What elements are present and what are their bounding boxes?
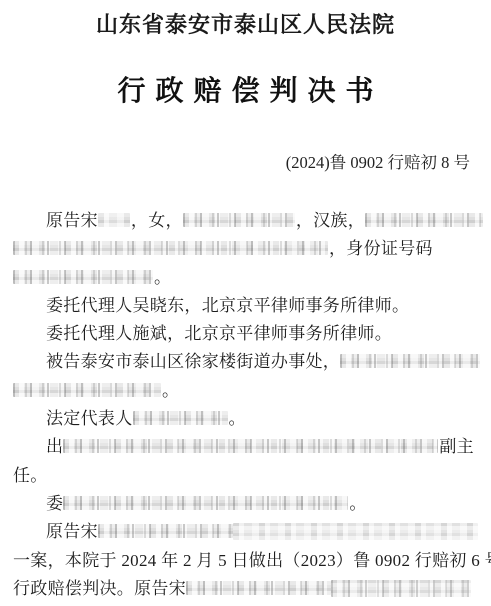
- body-text-segment: 出: [46, 437, 63, 456]
- redacted-text: [98, 213, 130, 227]
- body-line: 一案，本院于 2024 年 2 月 5 日做出（2023）鲁 0902 行赔初 …: [13, 547, 478, 575]
- body-text-segment: 。: [349, 494, 366, 513]
- body-text-segment: 行政赔偿判决。原告宋: [13, 579, 186, 598]
- body-text-segment: 任。: [13, 466, 48, 485]
- redacted-text: [186, 581, 331, 595]
- body-line: 任。: [13, 462, 478, 490]
- body-text-segment: 委: [46, 494, 63, 513]
- document-page: 山东省泰安市泰山区人民法院 行政赔偿判决书 (2024)鲁 0902 行赔初 8…: [0, 0, 491, 606]
- body-text-segment: 。: [229, 409, 246, 428]
- document-title: 行政赔偿判决书: [117, 76, 383, 107]
- body-line: 出副主: [13, 433, 478, 461]
- body-line: 委托代理人施斌，北京京平律师事务所律师。: [13, 320, 478, 348]
- body-text-segment: 一案，本院于 2024 年 2 月 5 日做出（2023）鲁 0902 行赔初 …: [13, 551, 491, 570]
- body-text-segment: 副主: [439, 437, 474, 456]
- redacted-text: [233, 523, 478, 540]
- body-line: 。: [13, 264, 478, 292]
- body-text-segment: 。: [162, 381, 179, 400]
- body-line: 。: [13, 377, 478, 405]
- body-line: 法定代表人。: [13, 405, 478, 433]
- body-text-segment: 原告宋: [46, 522, 98, 541]
- redacted-text: [13, 383, 161, 397]
- body-line: 原告宋，女，，汉族，: [13, 207, 478, 235]
- body-line: 原告宋: [13, 518, 478, 546]
- redacted-text: [331, 580, 471, 597]
- redacted-text: [98, 524, 233, 538]
- redacted-text: [13, 270, 153, 284]
- redacted-text: [63, 496, 348, 510]
- redacted-text: [63, 439, 438, 453]
- redacted-text: [13, 241, 328, 255]
- body-text-segment: ，身份证号码: [329, 239, 433, 258]
- body-line: 行政赔偿判决。原告宋: [13, 575, 478, 603]
- body-text-segment: ，女，: [131, 211, 183, 230]
- body-line: 被告泰安市泰山区徐家楼街道办事处，: [13, 348, 478, 376]
- document-body: 原告宋，女，，汉族，，身份证号码。委托代理人吴晓东，北京京平律师事务所律师。委托…: [0, 207, 491, 603]
- body-text-segment: 委托代理人施斌，北京京平律师事务所律师。: [46, 324, 392, 343]
- body-line: 委。: [13, 490, 478, 518]
- body-line: ，身份证号码: [13, 235, 478, 263]
- body-text-segment: ，汉族，: [296, 211, 365, 230]
- redacted-text: [183, 213, 295, 227]
- redacted-text: [365, 213, 483, 227]
- redacted-text: [340, 354, 480, 368]
- body-text-segment: 委托代理人吴晓东，北京京平律师事务所律师。: [46, 296, 409, 315]
- body-text-segment: 原告宋: [46, 211, 98, 230]
- body-text-segment: 被告泰安市泰山区徐家楼街道办事处，: [46, 352, 340, 371]
- document-title-row: 行政赔偿判决书: [0, 69, 491, 109]
- court-name-heading: 山东省泰安市泰山区人民法院: [0, 8, 491, 39]
- case-number: (2024)鲁 0902 行赔初 8 号: [0, 149, 491, 173]
- redacted-text: [133, 411, 228, 425]
- body-text-segment: 法定代表人: [46, 409, 133, 428]
- body-text-segment: 。: [154, 268, 171, 287]
- body-line: 委托代理人吴晓东，北京京平律师事务所律师。: [13, 292, 478, 320]
